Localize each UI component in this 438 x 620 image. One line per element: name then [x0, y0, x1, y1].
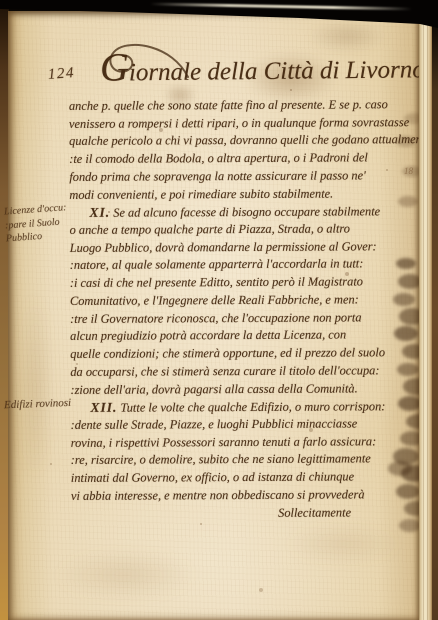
- text-line: qualche pericolo a chi vi passa, dovrann…: [69, 132, 419, 152]
- margin-note-line: Edifizi rovinosi: [4, 397, 76, 412]
- text-line: rovina, i rispettivi Possessori saranno …: [71, 433, 419, 453]
- article-xii-line: XII. Tutte le volte che qualche Edifizio…: [70, 397, 419, 417]
- text-line: :te il comodo della Bodola, o altra aper…: [69, 149, 419, 169]
- text-line: da occuparsi, che si stimerà senza curar…: [70, 362, 419, 382]
- article-xii-numeral: XII.: [90, 400, 117, 415]
- underlying-page-edge: [419, 13, 432, 620]
- text-line: :zione dell'aria, dovrà pagarsi alla cas…: [70, 380, 419, 400]
- text-line: :tre il Governatore riconosca, che l'occ…: [70, 309, 419, 329]
- text-line: alcun pregiudizio potrà accordare la det…: [70, 326, 419, 346]
- text-line: o anche a tempo qualche parte di Piazza,…: [70, 220, 419, 240]
- margin-note-edifizi: Edifizi rovinosi: [4, 397, 76, 412]
- text-line: Comunitativo, e l'Ingegnere delle Reali …: [70, 291, 419, 311]
- ink-stain: [308, 21, 388, 51]
- manuscript-photo: 124 Giornale della Città di Livorno anch…: [0, 0, 438, 620]
- article-xi-numeral: XI.: [89, 205, 110, 220]
- foxing-stain: [56, 551, 196, 599]
- text-line: Tutte le volte che qualche Edifizio, o m…: [120, 399, 385, 414]
- edge-damage: [396, 258, 416, 269]
- article-xi-line: XI. Se ad alcuno facesse di bisogno occu…: [69, 202, 419, 222]
- text-line: :natore, al quale solamente apparterrà l…: [70, 256, 419, 276]
- body-text: anche p. quelle che sono state fatte fin…: [69, 96, 419, 523]
- text-line: venissero a rompersi i detti ripari, o i…: [69, 114, 419, 134]
- edge-mark: 18: [404, 166, 413, 176]
- text-line: Luogo Pubblico, dovrà domandarne la perm…: [70, 238, 419, 258]
- text-line: Se ad alcuno facesse di bisogno occupare…: [113, 205, 380, 220]
- text-line: :i casi di che nel presente Editto, sent…: [70, 273, 419, 293]
- margin-note-licenze: Licenze d'occu: :pare il Suolo Pubblico: [4, 201, 77, 246]
- page-number: 124: [47, 65, 75, 84]
- page-title: Giornale della Città di Livorno: [100, 49, 418, 87]
- text-line: quelle condizioni; che stimerà opportune…: [70, 344, 419, 364]
- manuscript-page: 124 Giornale della Città di Livorno anch…: [8, 11, 419, 620]
- text-line: anche p. quelle che sono state fatte fin…: [69, 96, 419, 116]
- book-fore-edge: [432, 0, 438, 620]
- text-line: :dente sulle Strade, Piazze, e luoghi Pu…: [71, 415, 419, 435]
- closing-line: Sollecitamente: [71, 504, 419, 524]
- text-line: intimati dal Governo, ex officio, o ad i…: [71, 468, 419, 488]
- text-line: :re, risarcire, o demolire, subito che n…: [71, 450, 419, 470]
- text-line: fondo prima che sopravenga la notte assi…: [69, 167, 419, 187]
- foxing-stain: [18, 291, 52, 481]
- text-line: vi abbia interesse, e mentre non obbedis…: [71, 486, 419, 506]
- foxing-stain: [286, 526, 401, 562]
- text-line: modi convenienti, e poi rimediare subito…: [69, 185, 419, 205]
